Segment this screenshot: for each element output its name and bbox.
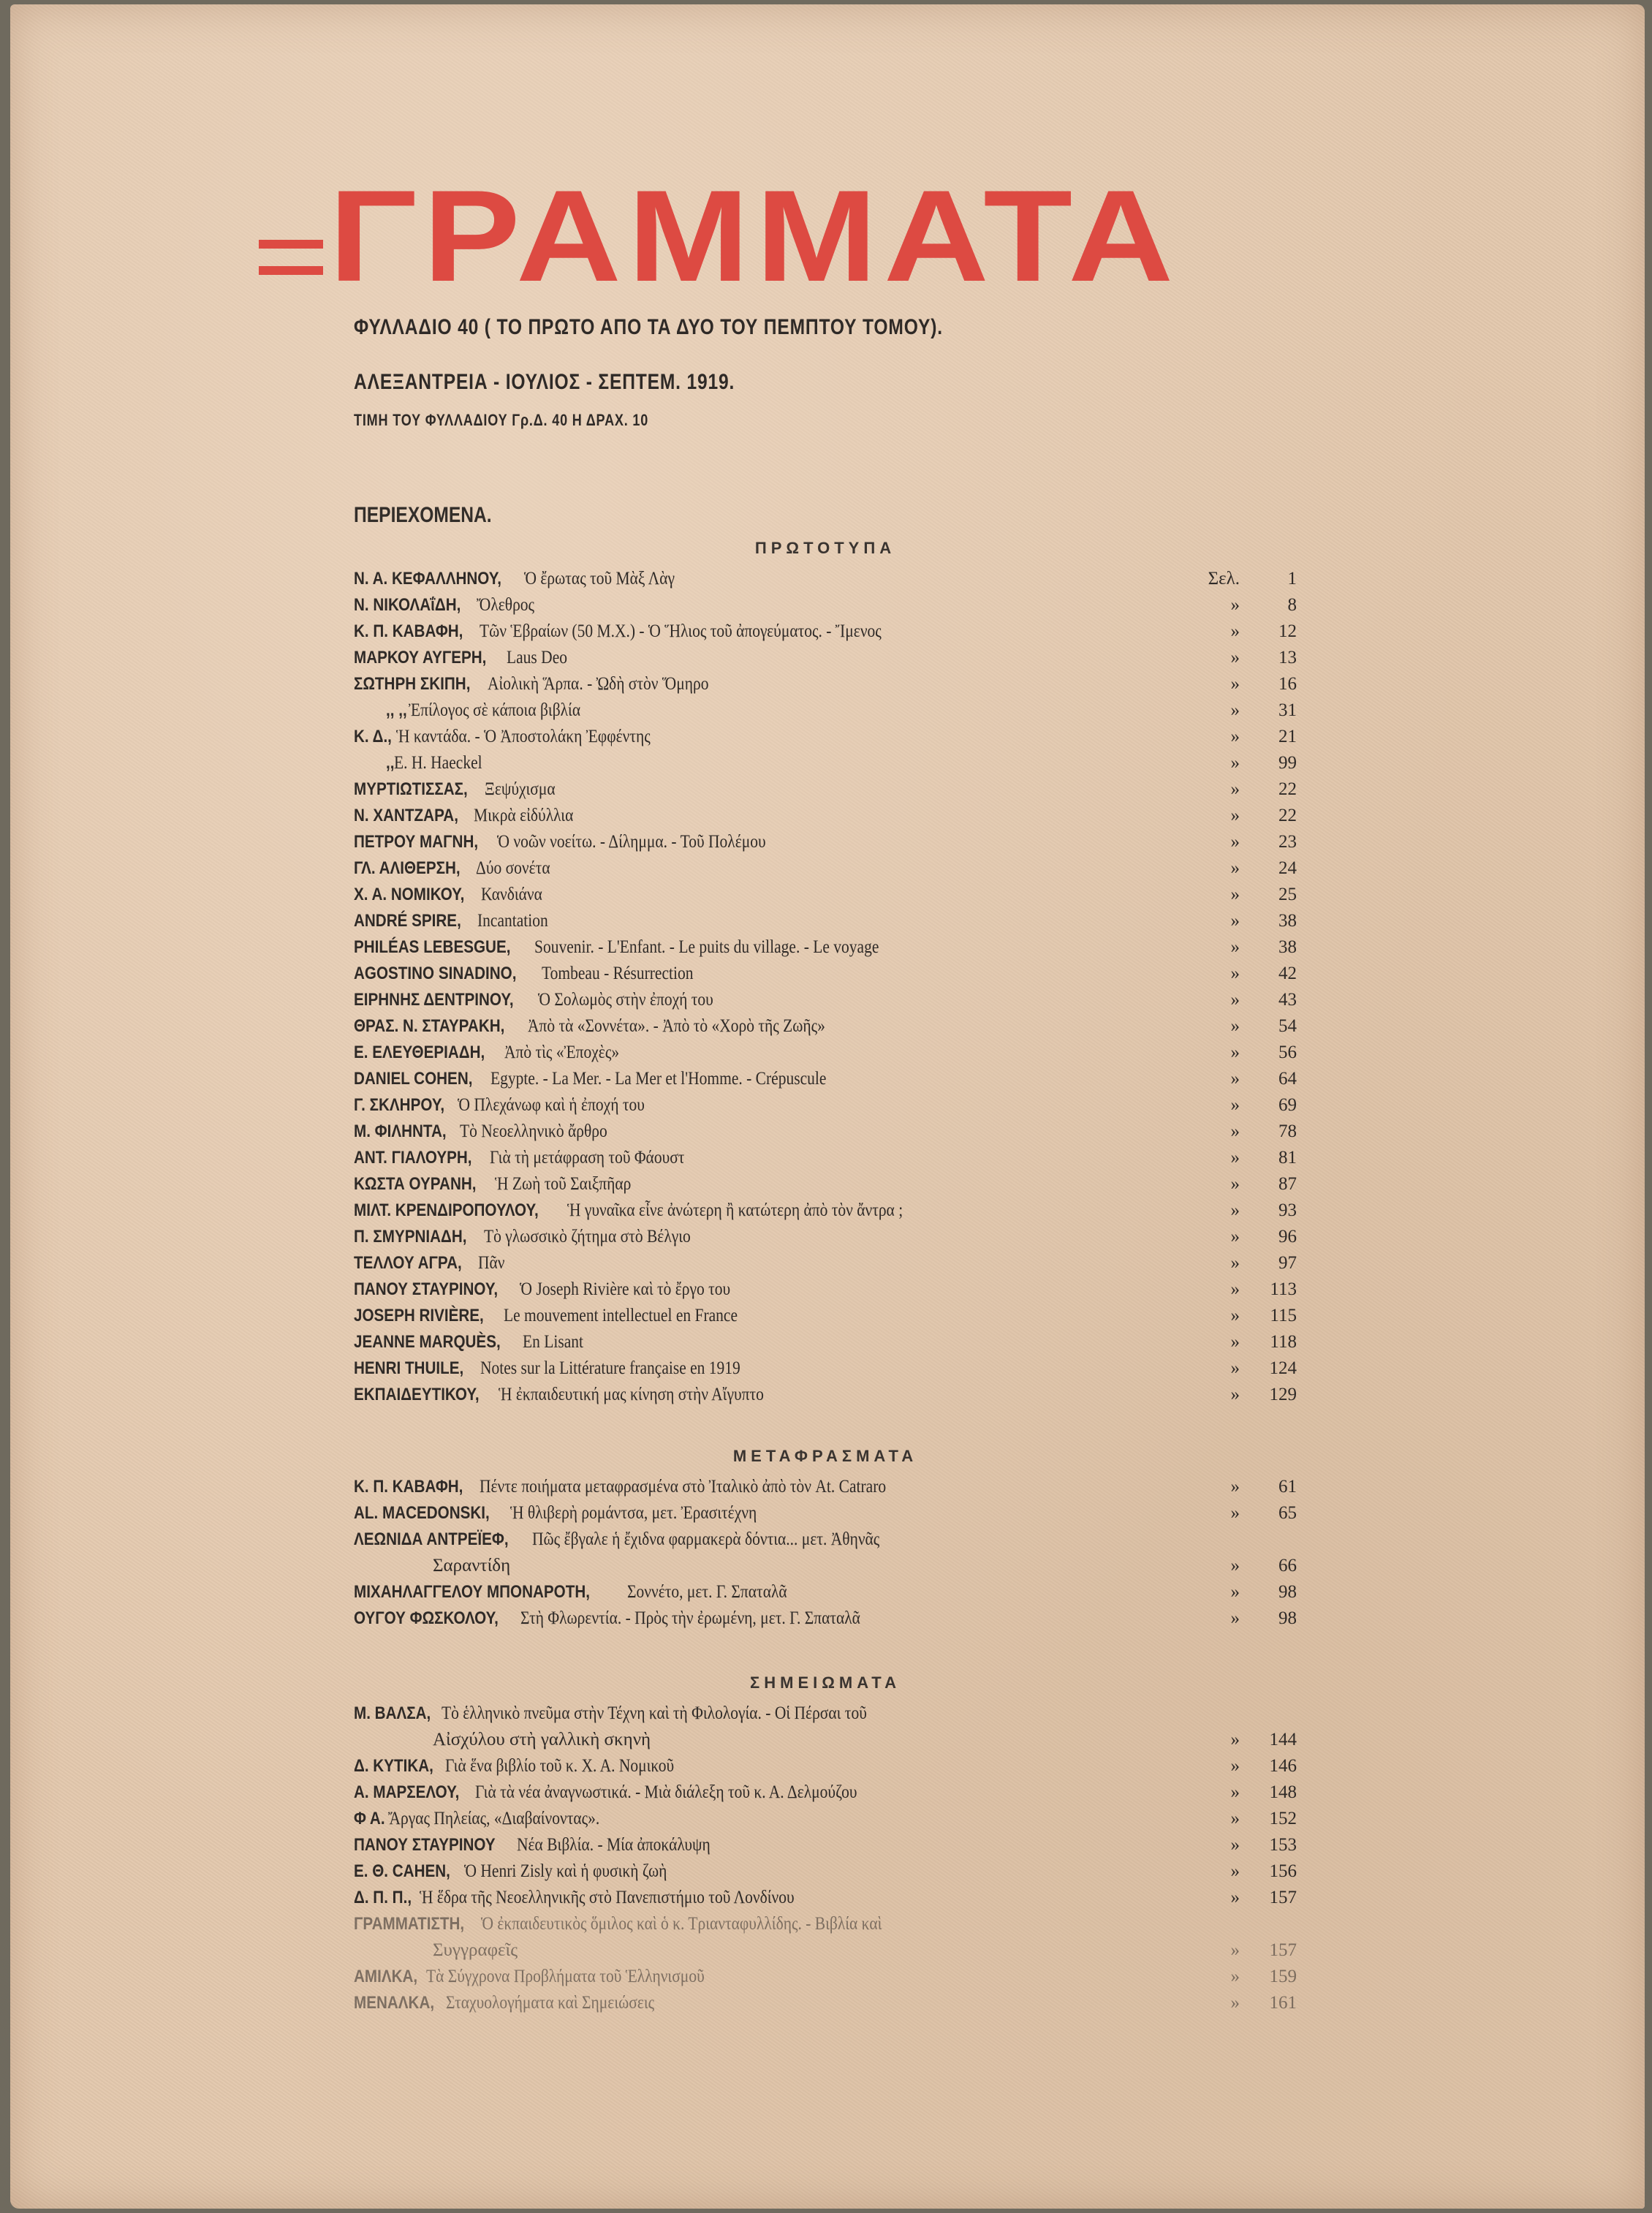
page-number: 43 — [1253, 987, 1297, 1013]
page-number: 22 — [1253, 776, 1297, 803]
entry-title: En Lisant — [523, 1329, 583, 1355]
page-number: 64 — [1253, 1066, 1297, 1092]
page-number: 23 — [1253, 829, 1297, 855]
toc-entry: Κ. Π. ΚΑΒΑΦΗ, Τῶν Ἑβραίων (50 Μ.Χ.) - Ὁ … — [354, 618, 1297, 645]
page-number: 113 — [1253, 1276, 1297, 1303]
entry-title-continuation: Συγγραφεῖς — [433, 1937, 518, 1964]
magazine-cover: ΓΡΑΜΜΑΤΑ ΦΥΛΛΑΔΙΟ 40 ( ΤΟ ΠΡΩΤΟ ΑΠΟ ΤΑ Δ… — [10, 4, 1645, 2209]
toc-entry: Μ. ΒΑΛΣΑ, Τὸ ἑλληνικὸ πνεῦμα στὴν Τέχνη … — [354, 1701, 1297, 1753]
entry-author: Γ. ΣΚΛΗΡΟΥ, — [354, 1092, 444, 1119]
entry-title: Ἡ ἕδρα τῆς Νεοελληνικῆς στὸ Πανεπιστήμιο… — [420, 1885, 795, 1911]
entry-author: ΜΕΝΑΛΚΑ, — [354, 1990, 434, 2016]
toc-entry: ΑΝΤ. ΓΙΑΛΟΥΡΗ, Γιὰ τὴ μετάφραση τοῦ Φάου… — [354, 1145, 1297, 1171]
page-number: 156 — [1253, 1858, 1297, 1885]
double-dash-ornament — [259, 240, 323, 275]
toc-entry: ΜΕΝΑΛΚΑ, Σταχυολογήματα καὶ Σημειώσεις»1… — [354, 1990, 1297, 2016]
magazine-title: ΓΡΑΜΜΑΤΑ — [329, 174, 1180, 298]
entry-title-continuation: Αἰσχύλου στὴ γαλλικὴ σκηνὴ — [433, 1727, 651, 1753]
entry-title: Γιὰ τὴ μετάφραση τοῦ Φάουστ — [490, 1145, 684, 1171]
toc-entry: ΠΕΤΡΟΥ ΜΑΓΝΗ, Ὁ νοῶν νοείτω. - Δίλημμα. … — [354, 829, 1297, 855]
toc-entry: ΜΥΡΤΙΩΤΙΣΣΑΣ, Ξεψύχισμα»22 — [354, 776, 1297, 803]
page-number: 13 — [1253, 645, 1297, 671]
page-ditto-mark: » — [1231, 882, 1240, 908]
entry-title: Τὸ Νεοελληνικὸ ἄρθρο — [460, 1119, 607, 1145]
toc-entry: Κ. Π. ΚΑΒΑΦΗ, Πέντε ποιήματα μεταφρασμέν… — [354, 1474, 1297, 1500]
page-ditto-mark: » — [1231, 1832, 1240, 1858]
page-number: 157 — [1253, 1885, 1297, 1911]
entry-title: Ἐπίλογος σὲ κάποια βιβλία — [409, 697, 580, 724]
entry-author: ,, ,, — [386, 697, 407, 724]
page-ditto-mark: » — [1231, 724, 1240, 750]
entry-title: Μικρὰ εἰδύλλια — [474, 803, 573, 829]
entry-author: ΜΙΛΤ. ΚΡΕΝΔΙΡΟΠΟΥΛΟΥ, — [354, 1198, 539, 1224]
table-of-contents: ΠΡΩΤΟΤΥΠΑΝ. Α. ΚΕΦΑΛΛΗΝΟΥ, Ὁ ἔρωτας τοῦ … — [354, 535, 1297, 2016]
entry-author: Ν. ΧΑΝΤΖΑΡΑ, — [354, 803, 458, 829]
page-number: 98 — [1253, 1579, 1297, 1605]
page-ditto-mark: » — [1231, 1990, 1240, 2016]
page-number: 38 — [1253, 908, 1297, 934]
page-ditto-mark: » — [1231, 1329, 1240, 1355]
page-number: 124 — [1253, 1355, 1297, 1382]
entry-author: ,, — [386, 750, 394, 776]
toc-entry: DANIEL COHEN, Egypte. - La Mer. - La Mer… — [354, 1066, 1297, 1092]
entry-author: Α. ΜΑΡΣΕΛΟΥ, — [354, 1779, 459, 1806]
toc-entry: ΤΕΛΛΟΥ ΑΓΡΑ, Πᾶν»97 — [354, 1250, 1297, 1276]
entry-author: ΚΩΣΤΑ ΟΥΡΑΝΗ, — [354, 1171, 476, 1198]
page-number: 42 — [1253, 961, 1297, 987]
entry-title: Δύο σονέτα — [476, 855, 550, 882]
page-number: 66 — [1253, 1553, 1297, 1579]
entry-title: Ἡ καντάδα. - Ὁ Ἀποστολάκη Ἐφφέντης — [396, 724, 651, 750]
entry-author: ΑΜΙΛΚΑ, — [354, 1964, 417, 1990]
place-date: ΑΛΕΞΑΝΤΡΕΙΑ - ΙΟΥΛΙΟΣ - ΣΕΠΤΕΜ. 1919. — [354, 370, 735, 395]
entry-title: Πῶς ἔβγαλε ἡ ἔχιδνα φαρμακερὰ δόντια... … — [532, 1527, 879, 1553]
page-ditto-mark: » — [1231, 1382, 1240, 1408]
entry-author: ΠΑΝΟΥ ΣΤΑΥΡΙΝΟΥ, — [354, 1276, 498, 1303]
page-number: 81 — [1253, 1145, 1297, 1171]
toc-entry: ,, ,, Ἐπίλογος σὲ κάποια βιβλία»31 — [354, 697, 1297, 724]
entry-title: Ὁ ἐκπαιδευτικὸς ὅμιλος καὶ ὁ κ. Τριανταφ… — [481, 1911, 882, 1937]
page-ditto-mark: » — [1231, 750, 1240, 776]
entry-author: ΠΕΤΡΟΥ ΜΑΓΝΗ, — [354, 829, 478, 855]
entry-title: Souvenir. - L'Enfant. - Le puits du vill… — [534, 934, 879, 961]
entry-title: Ἄργας Πηλείας, «Διαβαίνοντας». — [388, 1806, 599, 1832]
toc-entry: ΜΑΡΚΟΥ ΑΥΓΕΡΗ, Laus Deo»13 — [354, 645, 1297, 671]
page-number: 87 — [1253, 1171, 1297, 1198]
page-number: 56 — [1253, 1040, 1297, 1066]
entry-title: Πᾶν — [478, 1250, 505, 1276]
entry-author: Π. ΣΜΥΡΝΙΑΔΗ, — [354, 1224, 467, 1250]
page-number: 157 — [1253, 1937, 1297, 1964]
page-ditto-mark: » — [1231, 618, 1240, 645]
entry-author: ΣΩΤΗΡΗ ΣΚΙΠΗ, — [354, 671, 470, 697]
page-ditto-mark: » — [1231, 1753, 1240, 1779]
entry-title: Τὰ Σύγχρονα Προβλήματα τοῦ Ἑλληνισμοῦ — [426, 1964, 705, 1990]
entry-title: Notes sur la Littérature française en 19… — [480, 1355, 740, 1382]
page-ditto-mark: » — [1231, 1355, 1240, 1382]
toc-entry: Χ. Α. ΝΟΜΙΚΟΥ, Κανδιάνα»25 — [354, 882, 1297, 908]
entry-title: Τῶν Ἑβραίων (50 Μ.Χ.) - Ὁ Ἥλιος τοῦ ἀπογ… — [480, 618, 882, 645]
page-ditto-mark: » — [1231, 1066, 1240, 1092]
page-ditto-mark: » — [1231, 1224, 1240, 1250]
toc-entry: ΟΥΓΟΥ ΦΩΣΚΟΛΟΥ, Στὴ Φλωρεντία. - Πρὸς τὴ… — [354, 1605, 1297, 1632]
section-title: ΠΡΩΤΟΤΥΠΑ — [354, 535, 1297, 561]
entry-title: Tombeau - Résurrection — [542, 961, 693, 987]
page-number: 8 — [1253, 592, 1297, 618]
toc-entry: HENRI THUILE, Notes sur la Littérature f… — [354, 1355, 1297, 1382]
masthead: ΓΡΑΜΜΑΤΑ — [259, 174, 1088, 298]
page-ditto-mark: » — [1231, 697, 1240, 724]
entry-author: ΓΡΑΜΜΑΤΙΣΤΗ, — [354, 1911, 464, 1937]
entry-author: Μ. ΦΙΛΗΝΤΑ, — [354, 1119, 447, 1145]
toc-entry: JEANNE MARQUÈS, En Lisant»118 — [354, 1329, 1297, 1355]
entry-author: JOSEPH RIVIÈRE, — [354, 1303, 484, 1329]
page-number: 21 — [1253, 724, 1297, 750]
page-number: 61 — [1253, 1474, 1297, 1500]
entry-author: ΘΡΑΣ. Ν. ΣΤΑΥΡΑΚΗ, — [354, 1013, 504, 1040]
page-number: 31 — [1253, 697, 1297, 724]
page-ditto-mark: » — [1231, 1040, 1240, 1066]
entry-author: Κ. Δ., — [354, 724, 392, 750]
toc-entry: ΓΛ. ΑΛΙΘΕΡΣΗ, Δύο σονέτα»24 — [354, 855, 1297, 882]
entry-title: Ἀπὸ τὰ «Σοννέτα». - Ἀπὸ τὸ «Χορὸ τῆς Ζωῆ… — [528, 1013, 825, 1040]
page-number: 144 — [1253, 1727, 1297, 1753]
entry-title: Σταχυολογήματα καὶ Σημειώσεις — [446, 1990, 654, 2016]
page-ditto-mark: » — [1231, 592, 1240, 618]
entry-author: ΕΚΠΑΙΔΕΥΤΙΚΟΥ, — [354, 1382, 480, 1408]
page-ditto-mark: » — [1231, 803, 1240, 829]
entry-author: AL. MACEDONSKI, — [354, 1500, 490, 1527]
page-ditto-mark: » — [1231, 1276, 1240, 1303]
page-number: 161 — [1253, 1990, 1297, 2016]
toc-entry: Δ. Π. Π., Ἡ ἕδρα τῆς Νεοελληνικῆς στὸ Πα… — [354, 1885, 1297, 1911]
toc-entry: ΕΚΠΑΙΔΕΥΤΙΚΟΥ, Ἡ ἐκπαιδευτική μας κίνηση… — [354, 1382, 1297, 1408]
toc-entry: ΠΑΝΟΥ ΣΤΑΥΡΙΝΟΥ, Ὁ Joseph Rivière καὶ τὸ… — [354, 1276, 1297, 1303]
page-ditto-mark: » — [1231, 1605, 1240, 1632]
entry-title: Γιὰ ἕνα βιβλίο τοῦ κ. Χ. Α. Νομικοῦ — [445, 1753, 674, 1779]
entry-author: ΛΕΩΝΙΔΑ ΑΝΤΡΕΪΕΦ, — [354, 1527, 509, 1553]
toc-entry: Ν. ΝΙΚΟΛΑΐΔΗ, Ὄλεθρος»8 — [354, 592, 1297, 618]
entry-author: Ε. ΕΛΕΥΘΕΡΙΑΔΗ, — [354, 1040, 485, 1066]
toc-entry: ANDRÉ SPIRE, Incantation»38 — [354, 908, 1297, 934]
toc-entry: ΜΙΧΑΗΛΑΓΓΕΛΟΥ ΜΠΟΝΑΡΟΤΗ, Σοννέτο, μετ. Γ… — [354, 1579, 1297, 1605]
page-ditto-mark: » — [1231, 671, 1240, 697]
toc-entry: ΜΙΛΤ. ΚΡΕΝΔΙΡΟΠΟΥΛΟΥ, Ἡ γυναῖκα εἶνε ἀνώ… — [354, 1198, 1297, 1224]
entry-author: Κ. Π. ΚΑΒΑΦΗ, — [354, 1474, 463, 1500]
entry-author: ANDRÉ SPIRE, — [354, 908, 461, 934]
page-ditto-mark: » — [1231, 1579, 1240, 1605]
toc-entry: ΑΜΙΛΚΑ, Τὰ Σύγχρονα Προβλήματα τοῦ Ἑλλην… — [354, 1964, 1297, 1990]
entry-title: Incantation — [477, 908, 548, 934]
page-number: 22 — [1253, 803, 1297, 829]
entry-author: ΜΙΧΑΗΛΑΓΓΕΛΟΥ ΜΠΟΝΑΡΟΤΗ, — [354, 1579, 590, 1605]
toc-entry: Ε. ΕΛΕΥΘΕΡΙΑΔΗ, Ἀπὸ τὶς «Ἐποχὲς»»56 — [354, 1040, 1297, 1066]
toc-entry: ΘΡΑΣ. Ν. ΣΤΑΥΡΑΚΗ, Ἀπὸ τὰ «Σοννέτα». - Ἀ… — [354, 1013, 1297, 1040]
entry-title: Ἡ Ζωὴ τοῦ Σαιξπῆαρ — [495, 1171, 631, 1198]
entry-author: ΜΥΡΤΙΩΤΙΣΣΑΣ, — [354, 776, 468, 803]
page-number: 93 — [1253, 1198, 1297, 1224]
page-number: 97 — [1253, 1250, 1297, 1276]
entry-author: HENRI THUILE, — [354, 1355, 463, 1382]
page-number: 153 — [1253, 1832, 1297, 1858]
entry-title: Ἡ ἐκπαιδευτική μας κίνηση στὴν Αἴγυπτο — [499, 1382, 764, 1408]
page-number: 65 — [1253, 1500, 1297, 1527]
entry-author: Δ. Π. Π., — [354, 1885, 412, 1911]
entry-title-continuation: Σαραντίδη — [433, 1553, 510, 1579]
page-ditto-mark: » — [1231, 1806, 1240, 1832]
entry-title: Κανδιάνα — [481, 882, 542, 908]
price-line: ΤΙΜΗ ΤΟΥ ΦΥΛΛΑΔΙΟΥ Γρ.Δ. 40 Η ΔΡΑΧ. 10 — [354, 411, 648, 430]
toc-entry: Α. ΜΑΡΣΕΛΟΥ, Γιὰ τὰ νέα ἀναγνωστικά. - Μ… — [354, 1779, 1297, 1806]
entry-author: AGOSTINO SINADINO, — [354, 961, 516, 987]
entry-title: Ὁ Πλεχάνωφ καὶ ἡ ἐποχή του — [458, 1092, 645, 1119]
page-number: 1 — [1253, 566, 1297, 592]
toc-entry: ΚΩΣΤΑ ΟΥΡΑΝΗ, Ἡ Ζωὴ τοῦ Σαιξπῆαρ»87 — [354, 1171, 1297, 1198]
entry-title: Le mouvement intellectuel en France — [504, 1303, 738, 1329]
toc-entry: Δ. ΚΥΤΙΚΑ, Γιὰ ἕνα βιβλίο τοῦ κ. Χ. Α. Ν… — [354, 1753, 1297, 1779]
page-ditto-mark: » — [1231, 987, 1240, 1013]
entry-author: ΟΥΓΟΥ ΦΩΣΚΟΛΟΥ, — [354, 1605, 499, 1632]
toc-entry: ΣΩΤΗΡΗ ΣΚΙΠΗ, Αἰολικὴ Ἅρπα. - Ὠδὴ στὸν Ὅ… — [354, 671, 1297, 697]
page-number: 25 — [1253, 882, 1297, 908]
page-ditto-mark: » — [1231, 1171, 1240, 1198]
page-number: 54 — [1253, 1013, 1297, 1040]
page-ditto-mark: » — [1231, 1727, 1240, 1753]
page-ditto-mark: » — [1231, 1885, 1240, 1911]
entry-author: ΑΝΤ. ΓΙΑΛΟΥΡΗ, — [354, 1145, 472, 1171]
entry-title: Ὁ Joseph Rivière καὶ τὸ ἔργο του — [520, 1276, 730, 1303]
toc-entry: ΛΕΩΝΙΔΑ ΑΝΤΡΕΪΕΦ, Πῶς ἔβγαλε ἡ ἔχιδνα φα… — [354, 1527, 1297, 1579]
page-ditto-mark: » — [1231, 855, 1240, 882]
page-number: 96 — [1253, 1224, 1297, 1250]
page-ditto-mark: » — [1231, 908, 1240, 934]
page-number: 16 — [1253, 671, 1297, 697]
entry-title: Πέντε ποιήματα μεταφρασμένα στὸ Ἰταλικὸ … — [480, 1474, 886, 1500]
page-number: 38 — [1253, 934, 1297, 961]
toc-entry: ΓΡΑΜΜΑΤΙΣΤΗ, Ὁ ἐκπαιδευτικὸς ὅμιλος καὶ … — [354, 1911, 1297, 1964]
toc-entry: ΕΙΡΗΝΗΣ ΔΕΝΤΡΙΝΟΥ, Ὁ Σολωμὸς στὴν ἐποχή … — [354, 987, 1297, 1013]
entry-title: Στὴ Φλωρεντία. - Πρὸς τὴν ἐρωμένη, μετ. … — [520, 1605, 860, 1632]
entry-author: Χ. Α. ΝΟΜΙΚΟΥ, — [354, 882, 464, 908]
entry-author: Δ. ΚΥΤΙΚΑ, — [354, 1753, 433, 1779]
toc-entry: Ν. Α. ΚΕΦΑΛΛΗΝΟΥ, Ὁ ἔρωτας τοῦ Μὰξ ΛὰγΣε… — [354, 566, 1297, 592]
entry-title: Egypte. - La Mer. - La Mer et l'Homme. -… — [490, 1066, 826, 1092]
page-number: 115 — [1253, 1303, 1297, 1329]
page-number: 152 — [1253, 1806, 1297, 1832]
page-number: 146 — [1253, 1753, 1297, 1779]
toc-entry: ,, Ε. Η. Haeckel»99 — [354, 750, 1297, 776]
entry-author: ΓΛ. ΑΛΙΘΕΡΣΗ, — [354, 855, 461, 882]
entry-title: Ἀπὸ τὶς «Ἐποχὲς» — [504, 1040, 619, 1066]
toc-entry: Κ. Δ., Ἡ καντάδα. - Ὁ Ἀποστολάκη Ἐφφέντη… — [354, 724, 1297, 750]
page-number: 99 — [1253, 750, 1297, 776]
entry-author: JEANNE MARQUÈS, — [354, 1329, 501, 1355]
page-ditto-mark: » — [1231, 1553, 1240, 1579]
page-number: 69 — [1253, 1092, 1297, 1119]
entry-title: Τὸ ἑλληνικὸ πνεῦμα στὴν Τέχνη καὶ τὴ Φιλ… — [442, 1701, 867, 1727]
entry-title: Αἰολικὴ Ἅρπα. - Ὠδὴ στὸν Ὅμηρο — [488, 671, 708, 697]
entry-author: ΜΑΡΚΟΥ ΑΥΓΕΡΗ, — [354, 645, 486, 671]
entry-title: Σοννέτο, μετ. Γ. Σπαταλᾶ — [627, 1579, 787, 1605]
page-number: 118 — [1253, 1329, 1297, 1355]
page-number: 159 — [1253, 1964, 1297, 1990]
entry-author: Κ. Π. ΚΑΒΑΦΗ, — [354, 618, 463, 645]
toc-entry: Φ Α. Ἄργας Πηλείας, «Διαβαίνοντας».»152 — [354, 1806, 1297, 1832]
toc-entry: Ε. Θ. CAHEN, Ὁ Henri Zisly καὶ ἡ φυσικὴ … — [354, 1858, 1297, 1885]
section-title: ΜΕΤΑΦΡΑΣΜΑΤΑ — [354, 1443, 1297, 1469]
page-ditto-mark: » — [1231, 1198, 1240, 1224]
toc-entry: ΠΑΝΟΥ ΣΤΑΥΡΙΝΟΥ Νέα Βιβλία. - Μία ἀποκάλ… — [354, 1832, 1297, 1858]
entry-author: PHILÉAS LEBESGUE, — [354, 934, 510, 961]
page-number: 24 — [1253, 855, 1297, 882]
entry-title: Ὁ Henri Zisly καὶ ἡ φυσικὴ ζωὴ — [464, 1858, 667, 1885]
page-number: 148 — [1253, 1779, 1297, 1806]
page-ditto-mark: » — [1231, 1964, 1240, 1990]
page-ditto-mark: » — [1231, 1500, 1240, 1527]
page-ditto-mark: » — [1231, 1250, 1240, 1276]
entry-author: ΤΕΛΛΟΥ ΑΓΡΑ, — [354, 1250, 462, 1276]
page-ditto-mark: » — [1231, 829, 1240, 855]
entry-author: Ν. Α. ΚΕΦΑΛΛΗΝΟΥ, — [354, 566, 501, 592]
entry-title: Ὁ ἔρωτας τοῦ Μὰξ Λὰγ — [524, 566, 675, 592]
page-ditto-mark: » — [1231, 1303, 1240, 1329]
entry-title: Ε. Η. Haeckel — [394, 750, 482, 776]
toc-entry: AL. MACEDONSKI, Ἡ θλιβερὴ ρομάντσα, μετ.… — [354, 1500, 1297, 1527]
entry-title: Τὸ γλωσσικὸ ζήτημα στὸ Βέλγιο — [484, 1224, 691, 1250]
entry-title: Νέα Βιβλία. - Μία ἀποκάλυψη — [517, 1832, 711, 1858]
entry-author: ΕΙΡΗΝΗΣ ΔΕΝΤΡΙΝΟΥ, — [354, 987, 514, 1013]
toc-entry: Π. ΣΜΥΡΝΙΑΔΗ, Τὸ γλωσσικὸ ζήτημα στὸ Βέλ… — [354, 1224, 1297, 1250]
issue-line: ΦΥΛΛΑΔΙΟ 40 ( ΤΟ ΠΡΩΤΟ ΑΠΟ ΤΑ ΔΥΟ ΤΟΥ ΠΕ… — [354, 315, 943, 340]
page-ditto-mark: Σελ. — [1208, 566, 1240, 592]
entry-title: Ξεψύχισμα — [485, 776, 556, 803]
entry-title: Ὄλεθρος — [477, 592, 534, 618]
page-ditto-mark: » — [1231, 776, 1240, 803]
section-title: ΣΗΜΕΙΩΜΑΤΑ — [354, 1670, 1297, 1696]
toc-entry: Γ. ΣΚΛΗΡΟΥ, Ὁ Πλεχάνωφ καὶ ἡ ἐποχή του»6… — [354, 1092, 1297, 1119]
toc-entry: AGOSTINO SINADINO, Tombeau - Résurrectio… — [354, 961, 1297, 987]
page-number: 78 — [1253, 1119, 1297, 1145]
page-number: 12 — [1253, 618, 1297, 645]
toc-entry: Μ. ΦΙΛΗΝΤΑ, Τὸ Νεοελληνικὸ ἄρθρο»78 — [354, 1119, 1297, 1145]
entry-author: Ε. Θ. CAHEN, — [354, 1858, 450, 1885]
page-ditto-mark: » — [1231, 1858, 1240, 1885]
toc-entry: PHILÉAS LEBESGUE, Souvenir. - L'Enfant. … — [354, 934, 1297, 961]
entry-author: Μ. ΒΑΛΣΑ, — [354, 1701, 431, 1727]
entry-title: Laus Deo — [507, 645, 567, 671]
page-ditto-mark: » — [1231, 1474, 1240, 1500]
page-ditto-mark: » — [1231, 1779, 1240, 1806]
page-ditto-mark: » — [1231, 1119, 1240, 1145]
page-ditto-mark: » — [1231, 961, 1240, 987]
entry-title: Ἡ θλιβερὴ ρομάντσα, μετ. Ἐρασιτέχνη — [510, 1500, 757, 1527]
entry-author: DANIEL COHEN, — [354, 1066, 472, 1092]
page-ditto-mark: » — [1231, 1145, 1240, 1171]
page-number: 129 — [1253, 1382, 1297, 1408]
contents-heading: ΠΕΡΙΕΧΟΜΕΝΑ. — [354, 503, 492, 528]
page-number: 98 — [1253, 1605, 1297, 1632]
page-ditto-mark: » — [1231, 1013, 1240, 1040]
page-ditto-mark: » — [1231, 934, 1240, 961]
entry-author: ΠΑΝΟΥ ΣΤΑΥΡΙΝΟΥ — [354, 1832, 496, 1858]
entry-title: Ἡ γυναῖκα εἶνε ἀνώτερη ἢ κατώτερη ἀπὸ τὸ… — [567, 1198, 903, 1224]
page-ditto-mark: » — [1231, 1092, 1240, 1119]
entry-title: Γιὰ τὰ νέα ἀναγνωστικά. - Μιὰ διάλεξη το… — [475, 1779, 857, 1806]
entry-title: Ὁ Σολωμὸς στὴν ἐποχή του — [538, 987, 713, 1013]
entry-author: Ν. ΝΙΚΟΛΑΐΔΗ, — [354, 592, 461, 618]
page-ditto-mark: » — [1231, 1937, 1240, 1964]
toc-entry: JOSEPH RIVIÈRE, Le mouvement intellectue… — [354, 1303, 1297, 1329]
entry-author: Φ Α. — [354, 1806, 385, 1832]
toc-entry: Ν. ΧΑΝΤΖΑΡΑ, Μικρὰ εἰδύλλια»22 — [354, 803, 1297, 829]
page-ditto-mark: » — [1231, 645, 1240, 671]
entry-title: Ὁ νοῶν νοείτω. - Δίλημμα. - Τοῦ Πολέμου — [497, 829, 766, 855]
